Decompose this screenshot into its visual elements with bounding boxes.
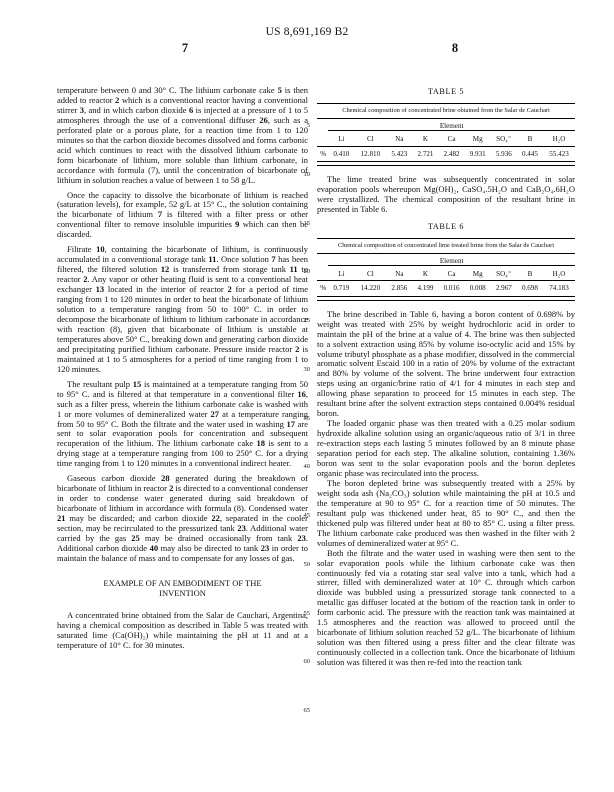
table-cell: 5.423 [386,146,412,161]
paragraph: Once the capacity to dissolve the bicarb… [57,191,308,241]
table-header-cell: Na [386,131,412,146]
table-6-grid: Element Li Cl Na K Ca Mg SO₄⁼ B H₂O [317,254,575,296]
table-6-title: TABLE 6 [317,222,575,232]
paragraph: A concentrated brine obtained from the S… [57,611,308,651]
table-cell: 0.698 [517,281,543,296]
paragraph: Gaseous carbon dioxide 28 generated duri… [57,474,308,564]
table-cell: 0.445 [517,146,543,161]
table-5-grid: Element Li Cl Na K Ca Mg SO₄⁼ B H₂O [317,119,575,161]
table-header-cell: Mg [465,131,491,146]
patent-page: US 8,691,169 B2 7 8 5 10 15 20 25 30 35 … [0,0,614,792]
table-header-cell [317,266,328,281]
table-header-cell: SO₄⁼ [491,266,517,281]
paragraph: temperature between 0 and 30° C. The lit… [57,86,308,186]
table-header-cell: Li [328,131,354,146]
table-corner-cell [317,119,328,131]
gutter-line-number: 65 [292,707,310,714]
table-rule [317,296,575,301]
paragraph: Both the filtrate and the water used in … [317,549,575,668]
table-6: TABLE 6 Chemical composition of concentr… [317,222,575,301]
table-cell: 55.423 [543,146,575,161]
table-cell: 14.220 [354,281,386,296]
table-group-header: Element [328,254,575,266]
gutter-line-number: 60 [292,658,310,665]
table-row-label: % [317,281,328,296]
paragraph: The boron depleted brine was subsequentl… [317,479,575,549]
table-header-cell [317,131,328,146]
table-rule [317,161,575,166]
table-cell: 2.721 [412,146,438,161]
table-header-cell: Ca [439,266,465,281]
table-header-cell: Na [386,266,412,281]
table-cell: 74.183 [543,281,575,296]
table-cell: 0.410 [328,146,354,161]
left-column: temperature between 0 and 30° C. The lit… [57,86,308,655]
table-header-cell: Mg [465,266,491,281]
table-header-cell: Li [328,266,354,281]
table-cell: 2.967 [491,281,517,296]
paragraph: The brine described in Table 6, having a… [317,310,575,419]
table-header-cell: SO₄⁼ [491,131,517,146]
right-page-number: 8 [440,41,470,56]
table-header-cell: Cl [354,266,386,281]
table-header-cell: K [412,131,438,146]
right-column: TABLE 5 Chemical composition of concentr… [317,86,575,668]
table-cell: 2.856 [386,281,412,296]
table-row-label: % [317,146,328,161]
table-cell: 5.936 [491,146,517,161]
paragraph: Filtrate 10, containing the bicarbonate … [57,245,308,374]
table-5: TABLE 5 Chemical composition of concentr… [317,87,575,166]
table-cell: 0.719 [328,281,354,296]
section-heading: EXAMPLE OF AN EMBODIMENT OF THE INVENTIO… [85,578,280,599]
table-cell: 4.199 [412,281,438,296]
table-cell: 0.008 [465,281,491,296]
table-header-cell: Ca [439,131,465,146]
table-header-cell: B [517,266,543,281]
table-corner-cell [317,254,328,266]
table-header-cell: B [517,131,543,146]
table-cell: 12.810 [354,146,386,161]
table-cell: 9.931 [465,146,491,161]
paragraph: The loaded organic phase was then treate… [317,419,575,479]
left-page-number: 7 [170,41,200,56]
paragraph: The lime treated brine was subsequently … [317,175,575,215]
paragraph: The resultant pulp 15 is maintained at a… [57,380,308,470]
table-5-title: TABLE 5 [317,87,575,97]
table-5-caption: Chemical composition of concentrated bri… [317,104,575,118]
table-header-cell: Cl [354,131,386,146]
table-cell: 0.016 [439,281,465,296]
table-group-header: Element [328,119,575,131]
patent-number: US 8,691,169 B2 [0,26,614,38]
table-header-cell: H₂O [543,131,575,146]
table-header-cell: H₂O [543,266,575,281]
table-header-cell: K [412,266,438,281]
table-cell: 2.482 [439,146,465,161]
table-6-caption: Chemical composition of concentrated lim… [317,239,575,253]
